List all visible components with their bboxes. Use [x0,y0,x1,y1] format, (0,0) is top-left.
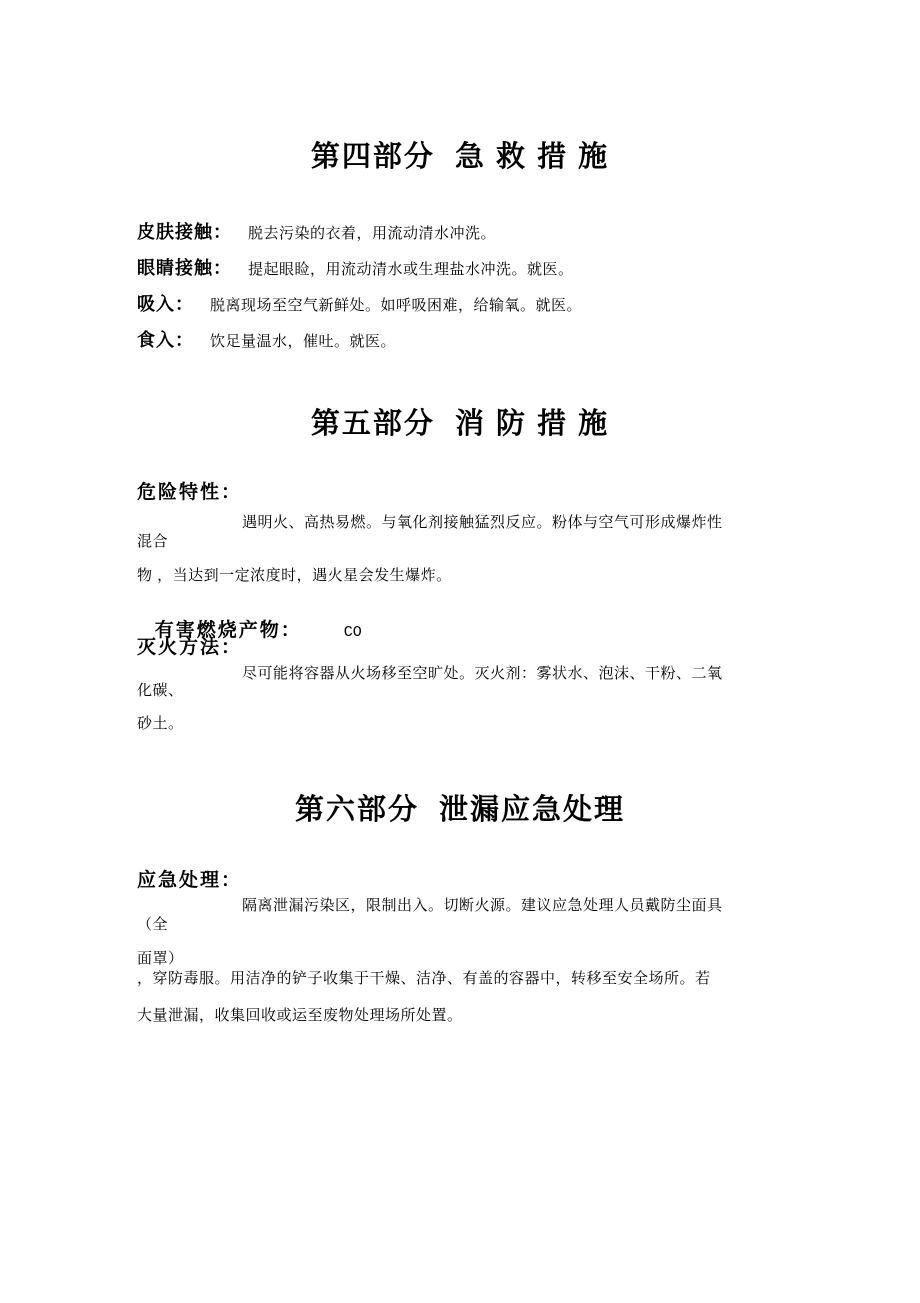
emergency-treatment-line1: 隔离泄漏污染区，限制出入。切断火源。建议应急处理人员戴防尘面具 [242,897,723,915]
extinguishing-method-line1: 尽可能将容器从火场移至空旷处。灭火剂：雾状水、泡沫、干粉、二氧 [242,665,723,683]
entry-text-eye-contact: 提起眼睑，用流动清水或生理盐水冲洗。就医。 [248,261,574,279]
extinguishing-method-label: 灭火方法： [137,637,242,660]
entry-inhalation: 吸入： 脱离现场至空气新鲜处。如呼吸困难，给输氧。就医。 [137,294,582,316]
document-page: 第四部分 急 救 措 施 皮肤接触： 脱去污染的衣着，用流动清水冲洗。 眼睛接触… [0,0,920,1303]
emergency-treatment-label: 应急处理： [137,870,242,893]
entry-label-inhalation: 吸入： [137,294,194,316]
extinguishing-method-line2: 化碳、 [137,682,184,700]
entry-text-inhalation: 脱离现场至空气新鲜处。如呼吸困难，给输氧。就医。 [210,297,582,315]
section-title-firefighting: 第五部分 消 防 措 施 [0,408,920,441]
hazard-characteristics-line1: 遇明火、高热易燃。与氧化剂接触猛烈反应。粉体与空气可形成爆炸性 [242,514,723,532]
emergency-treatment-line5: 大量泄漏，收集回收或运至废物处理场所处置。 [137,1007,463,1025]
entry-label-ingestion: 食入： [137,330,194,352]
hazard-characteristics-line3: 物 ，当达到一定浓度时，遇火星会发生爆炸。 [137,567,452,585]
emergency-treatment-line4: ，穿防毒服。用洁净的铲子收集于干燥、洁净、有盖的容器中，转移至安全场所。若 [137,970,711,988]
entry-text-ingestion: 饮足量温水，催吐。就医。 [210,333,396,351]
entry-text-skin-contact: 脱去污染的衣着，用流动清水冲洗。 [248,225,496,243]
hazard-characteristics-line2: 混合 [137,533,168,551]
emergency-treatment-line3: 面罩） [137,950,184,968]
hazard-characteristics-label: 危险特性： [137,482,242,505]
extinguishing-method-line3: 砂土。 [137,715,184,733]
entry-eye-contact: 眼睛接触： 提起眼睑，用流动清水或生理盐水冲洗。就医。 [137,258,574,280]
section-title-leakage: 第六部分 泄漏应急处理 [0,794,920,827]
entry-label-skin-contact: 皮肤接触： [137,222,232,244]
entry-ingestion: 食入： 饮足量温水，催吐。就医。 [137,330,396,352]
emergency-treatment-line2: （全 [137,916,168,934]
entry-skin-contact: 皮肤接触： 脱去污染的衣着，用流动清水冲洗。 [137,222,496,244]
harmful-combustion-products-value: CO [344,624,362,641]
section-title-first-aid: 第四部分 急 救 措 施 [0,141,920,174]
entry-label-eye-contact: 眼睛接触： [137,258,232,280]
